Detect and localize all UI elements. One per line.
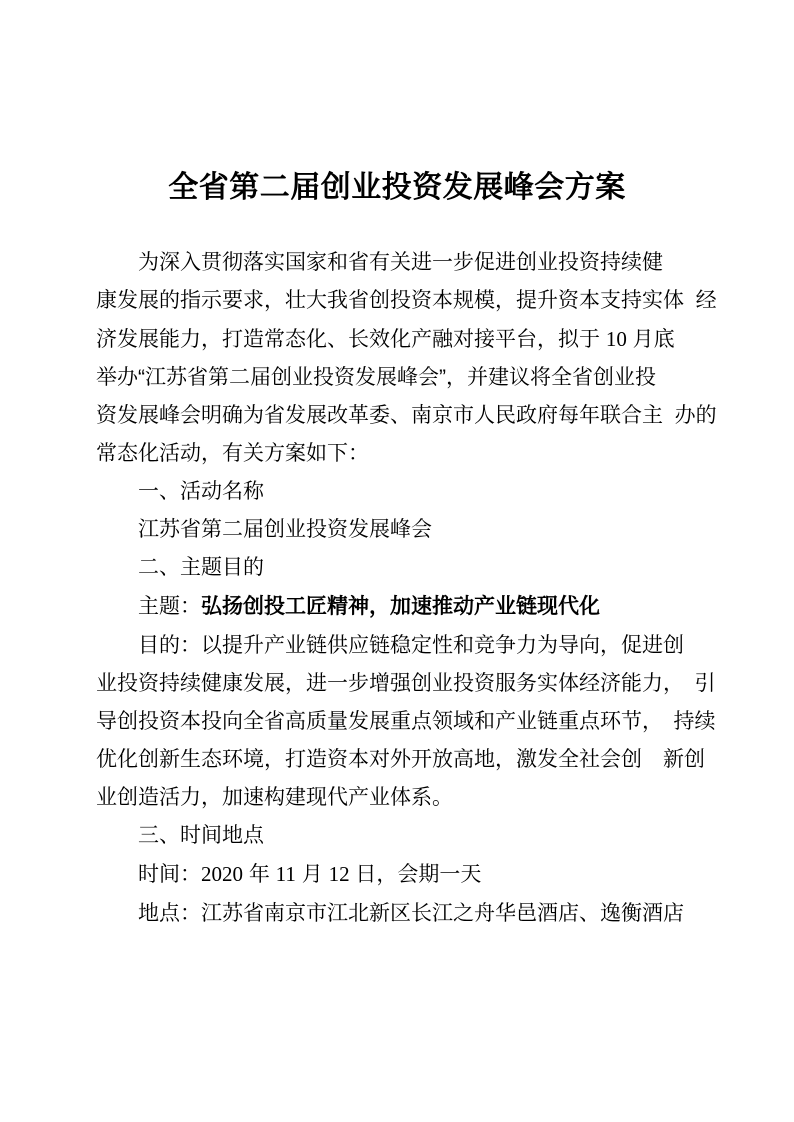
theme-line: 主题：弘扬创投工匠精神，加速推动产业链现代化 [96, 587, 698, 626]
intro-line: 康发展的指示要求，壮大我省创投资本规模，提升资本支持实体 经 [96, 282, 698, 320]
time-text: 年 [243, 863, 276, 886]
purpose-line: 业投资持续健康发展，进一步增强创业投资服务实体经济能力， 引 [96, 665, 698, 703]
purpose-text: 导创投资本投向全省高质量发展重点领域和产业链重点环节， 持续 [96, 710, 716, 733]
intro-text: 康发展的指示要求，壮大我省创投资本规模，提升资本支持实体 经 [96, 289, 717, 312]
day-number: 12 [329, 862, 350, 886]
intro-text: 济发展能力，打造常态化、长效化产融对接平台，拟于 [96, 328, 606, 351]
purpose-label: 目的： [138, 633, 201, 657]
intro-line: 为深入贯彻落实国家和省有关进一步促进创业投资持续健 [96, 244, 698, 282]
heading-text: 三、时间地点 [138, 824, 264, 847]
intro-line: 济发展能力，打造常态化、长效化产融对接平台，拟于 10 月底 [96, 320, 698, 359]
purpose-line: 优化创新生态环境，打造资本对外开放高地，激发全社会创 新创 [96, 741, 698, 779]
purpose-line: 业创造活力，加速构建现代产业体系。 [96, 779, 698, 817]
purpose-line: 目的：以提升产业链供应链稳定性和竞争力为导向，促进创 [96, 626, 698, 665]
intro-line: 资发展峰会明确为省发展改革委、南京市人民政府每年联合主 办的 [96, 397, 698, 435]
purpose-text: 业创造活力，加速构建现代产业体系。 [96, 786, 453, 809]
purpose-text: 以提升产业链供应链稳定性和竞争力为导向，促进创 [201, 634, 684, 657]
heading-section-3: 三、时间地点 [96, 817, 698, 855]
month-number: 10 [606, 327, 627, 351]
document-body: 为深入贯彻落实国家和省有关进一步促进创业投资持续健 康发展的指示要求，壮大我省创… [96, 244, 698, 933]
heading-section-2: 二、主题目的 [96, 549, 698, 587]
intro-text: 为深入贯彻落实国家和省有关进一步促进创业投资持续健 [138, 251, 663, 274]
time-text: 日，会期一天 [350, 863, 482, 886]
heading-section-1: 一、活动名称 [96, 473, 698, 511]
purpose-text: 业投资持续健康发展，进一步增强创业投资服务实体经济能力， 引 [96, 672, 716, 695]
theme-label: 主题： [138, 594, 201, 618]
time-label: 时间： [138, 862, 201, 886]
theme-text: 弘扬创投工匠精神，加速推动产业链现代化 [201, 595, 600, 618]
month-number: 11 [276, 862, 296, 886]
event-name-text: 江苏省第二届创业投资发展峰会 [138, 518, 432, 541]
heading-text: 一、活动名称 [138, 480, 264, 503]
intro-text: 举办“江苏省第二届创业投资发展峰会”，并建议将全省创业投 [96, 366, 656, 389]
time-line: 时间：2020 年 11 月 12 日，会期一天 [96, 855, 698, 894]
time-text: 月 [296, 863, 329, 886]
year-number: 2020 [201, 862, 243, 886]
heading-text: 二、主题目的 [138, 556, 264, 579]
document-title: 全省第二届创业投资发展峰会方案 [96, 0, 698, 208]
intro-text: 月底 [627, 328, 675, 351]
intro-text: 常态化活动，有关方案如下： [96, 442, 369, 465]
purpose-text: 优化创新生态环境，打造资本对外开放高地，激发全社会创 新创 [96, 748, 705, 771]
location-label: 地点： [138, 901, 201, 925]
location-line: 地点：江苏省南京市江北新区长江之舟华邑酒店、逸衡酒店 [96, 894, 698, 933]
intro-line: 举办“江苏省第二届创业投资发展峰会”，并建议将全省创业投 [96, 359, 698, 397]
intro-line: 常态化活动，有关方案如下： [96, 435, 698, 473]
location-text: 江苏省南京市江北新区长江之舟华邑酒店、逸衡酒店 [201, 902, 684, 925]
document-page: 全省第二届创业投资发展峰会方案 为深入贯彻落实国家和省有关进一步促进创业投资持续… [0, 0, 794, 1122]
purpose-line: 导创投资本投向全省高质量发展重点领域和产业链重点环节， 持续 [96, 703, 698, 741]
intro-text: 资发展峰会明确为省发展改革委、南京市人民政府每年联合主 办的 [96, 404, 717, 427]
section-1-content: 江苏省第二届创业投资发展峰会 [96, 511, 698, 549]
